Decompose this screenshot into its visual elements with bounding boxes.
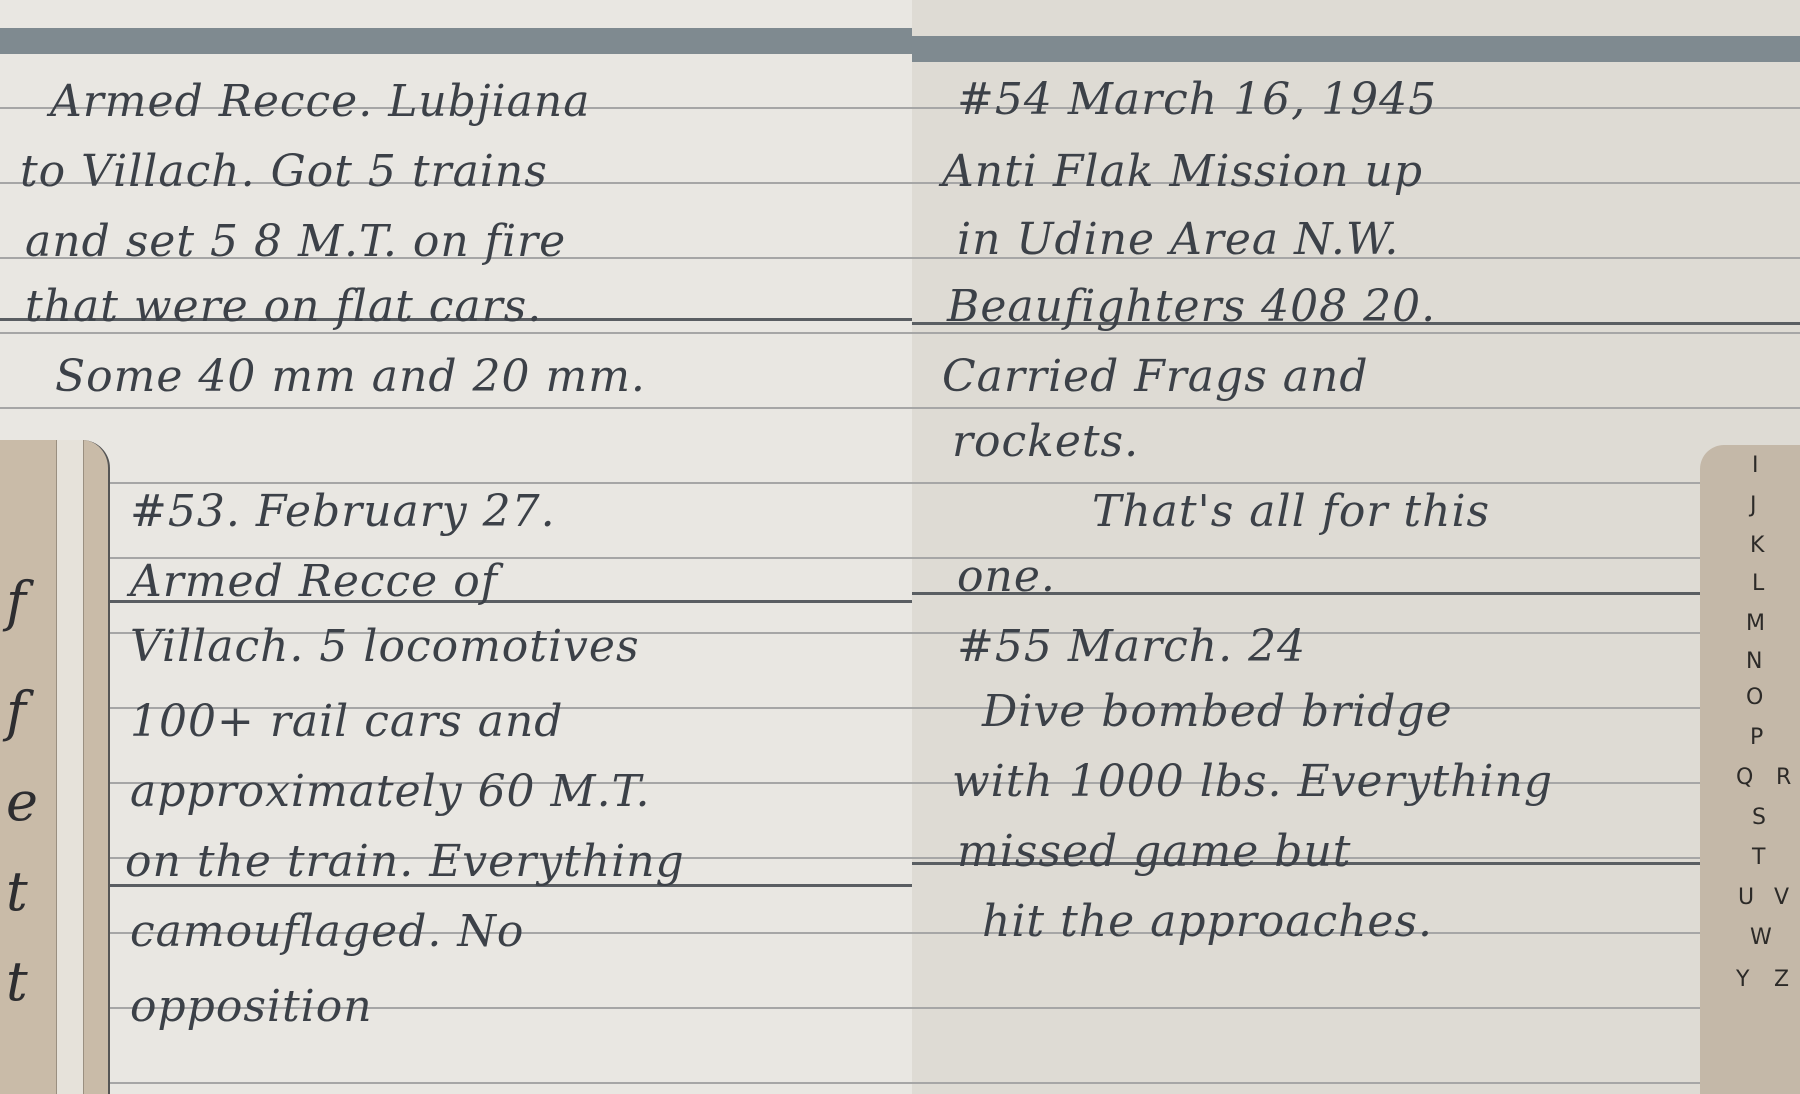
entry-line: on the train. Everything: [125, 840, 685, 884]
entry-line: missed game but: [957, 830, 1351, 874]
index-tab-m[interactable]: M: [1746, 611, 1765, 636]
previous-page-fragment: t: [6, 950, 28, 1013]
index-tab-s[interactable]: S: [1752, 805, 1766, 830]
entry-line: Armed Recce. Lubjiana: [50, 80, 590, 124]
entry-line: That's all for this: [1092, 490, 1490, 534]
header-band: [912, 36, 1800, 62]
entry-line: approximately 60 M.T.: [130, 770, 650, 814]
previous-page-fragment: t: [6, 860, 28, 923]
entry-line: camouflaged. No: [130, 910, 524, 954]
index-tab-p[interactable]: P: [1750, 725, 1763, 750]
index-tab-q[interactable]: Q: [1736, 765, 1753, 790]
index-tab-y[interactable]: Y: [1736, 967, 1749, 992]
previous-page-fragment: f: [6, 570, 26, 633]
index-tab-o[interactable]: O: [1746, 685, 1763, 710]
index-tab-l[interactable]: L: [1752, 571, 1764, 596]
header-band: [0, 28, 912, 54]
entry-line: 100+ rail cars and: [130, 700, 563, 744]
entry-line: that were on flat cars.: [25, 285, 542, 329]
entry-line: one.: [957, 555, 1056, 599]
entry-line: Beaufighters 408 20.: [947, 285, 1436, 329]
previous-page-tab-edge: f f e t t: [0, 440, 110, 1094]
page-edge-strip: [56, 440, 84, 1094]
alphabet-index-tabs: I J K L M N O P Q R S T U V W Y Z: [1700, 445, 1800, 1094]
entry-line: opposition: [130, 985, 373, 1029]
previous-page-fragment: e: [6, 770, 38, 833]
index-tab-v[interactable]: V: [1774, 885, 1789, 910]
index-tab-n[interactable]: N: [1746, 649, 1762, 674]
entry-line: with 1000 lbs. Everything: [952, 760, 1553, 804]
entry-line: Dive bombed bridge: [982, 690, 1453, 734]
index-tab-u[interactable]: U: [1738, 885, 1754, 910]
entry-line: Villach. 5 locomotives: [130, 625, 640, 669]
entry-line: hit the approaches.: [982, 900, 1433, 944]
previous-page-fragment: f: [6, 680, 26, 743]
index-tab-t[interactable]: T: [1752, 845, 1765, 870]
entry-heading: #54 March 16, 1945: [957, 78, 1437, 122]
entry-line: and set 5 8 M.T. on fire: [25, 220, 566, 264]
entry-heading: #53. February 27.: [130, 490, 556, 534]
entry-heading: #55 March. 24: [957, 625, 1306, 669]
index-tab-j[interactable]: J: [1750, 493, 1757, 518]
index-tab-r[interactable]: R: [1776, 765, 1791, 790]
left-page: f f e t t Armed Recce. Lubjiana to Villa…: [0, 0, 912, 1094]
entry-line: to Villach. Got 5 trains: [20, 150, 548, 194]
entry-line: in Udine Area N.W.: [957, 218, 1399, 262]
index-tab-w[interactable]: W: [1750, 925, 1772, 950]
index-tab-i[interactable]: I: [1752, 453, 1759, 478]
entry-line: Armed Recce of: [130, 560, 498, 604]
entry-line: Some 40 mm and 20 mm.: [55, 355, 646, 399]
right-page: #54 March 16, 1945 Anti Flak Mission up …: [912, 0, 1800, 1094]
index-tab-k[interactable]: K: [1750, 533, 1764, 558]
index-tab-z[interactable]: Z: [1774, 967, 1789, 992]
entry-line: rockets.: [952, 420, 1139, 464]
entry-line: Anti Flak Mission up: [942, 150, 1423, 194]
entry-line: Carried Frags and: [942, 355, 1369, 399]
